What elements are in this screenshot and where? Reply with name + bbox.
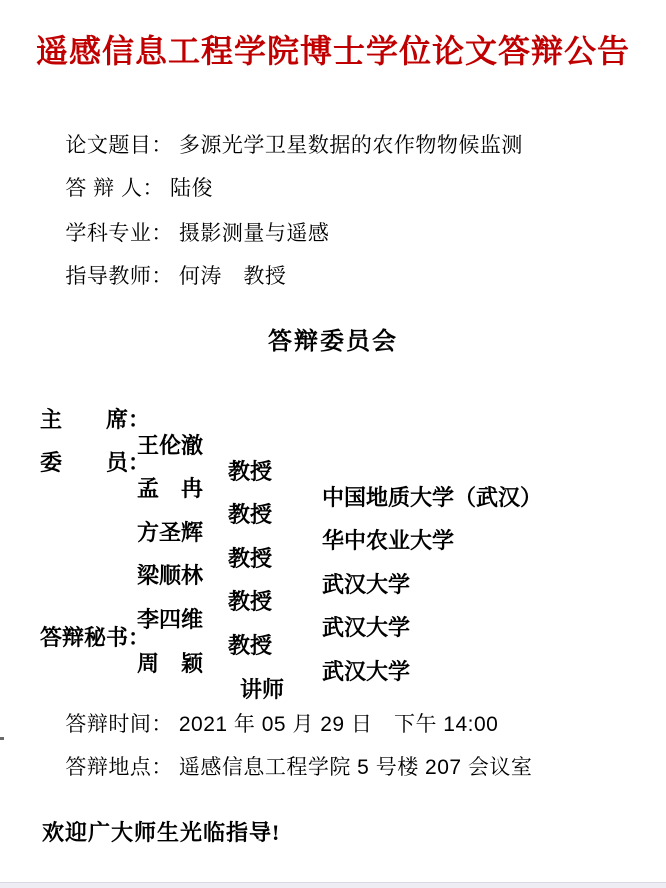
committee-row-secretary: 答辩秘书： 周 颖 讲师 xyxy=(0,595,666,625)
committee-row-chair: 主 席： 王伦澈 教授 中国地质大学（武汉） xyxy=(0,377,666,407)
committee-title: 教授 xyxy=(228,629,272,660)
advisor-label: 指导教师： xyxy=(65,265,173,288)
committee-name: 周 颖 xyxy=(137,647,203,678)
committee-row-member: 方圣辉 教授 武汉大学 xyxy=(0,464,666,494)
page-title: 遥感信息工程学院博士学位论文答辩公告 xyxy=(0,26,666,72)
committee-row-member: 李四维 教授 武汉大学 xyxy=(0,551,666,581)
defense-location-value: 遥感信息工程学院 5 号楼 207 会议室 xyxy=(179,756,533,779)
info-line-advisor: 指导教师：何涛 教授 xyxy=(40,236,286,314)
committee-affiliation: 武汉大学 xyxy=(322,655,410,686)
welcome-message: 欢迎广大师生光临指导! xyxy=(42,816,280,847)
viewer-bottom-strip xyxy=(0,882,666,888)
defense-location-line: 答辩地点：遥感信息工程学院 5 号楼 207 会议室 xyxy=(40,727,532,805)
committee-row-member: 梁顺林 教授 武汉大学 xyxy=(0,507,666,537)
defense-location-label: 答辩地点： xyxy=(65,756,173,779)
committee-role: 答辩秘书： xyxy=(40,621,150,652)
advisor-value: 何涛 教授 xyxy=(179,265,287,288)
scan-artifact xyxy=(0,737,4,740)
thesis-title-value: 多源光学卫星数据的农作物物候监测 xyxy=(179,134,523,157)
announcement-document: 遥感信息工程学院博士学位论文答辩公告 论文题目：多源光学卫星数据的农作物物候监测… xyxy=(0,0,666,888)
committee-row-member: 委 员： 孟 冉 教授 华中农业大学 xyxy=(0,420,666,450)
committee-heading: 答辩委员会 xyxy=(0,321,666,356)
